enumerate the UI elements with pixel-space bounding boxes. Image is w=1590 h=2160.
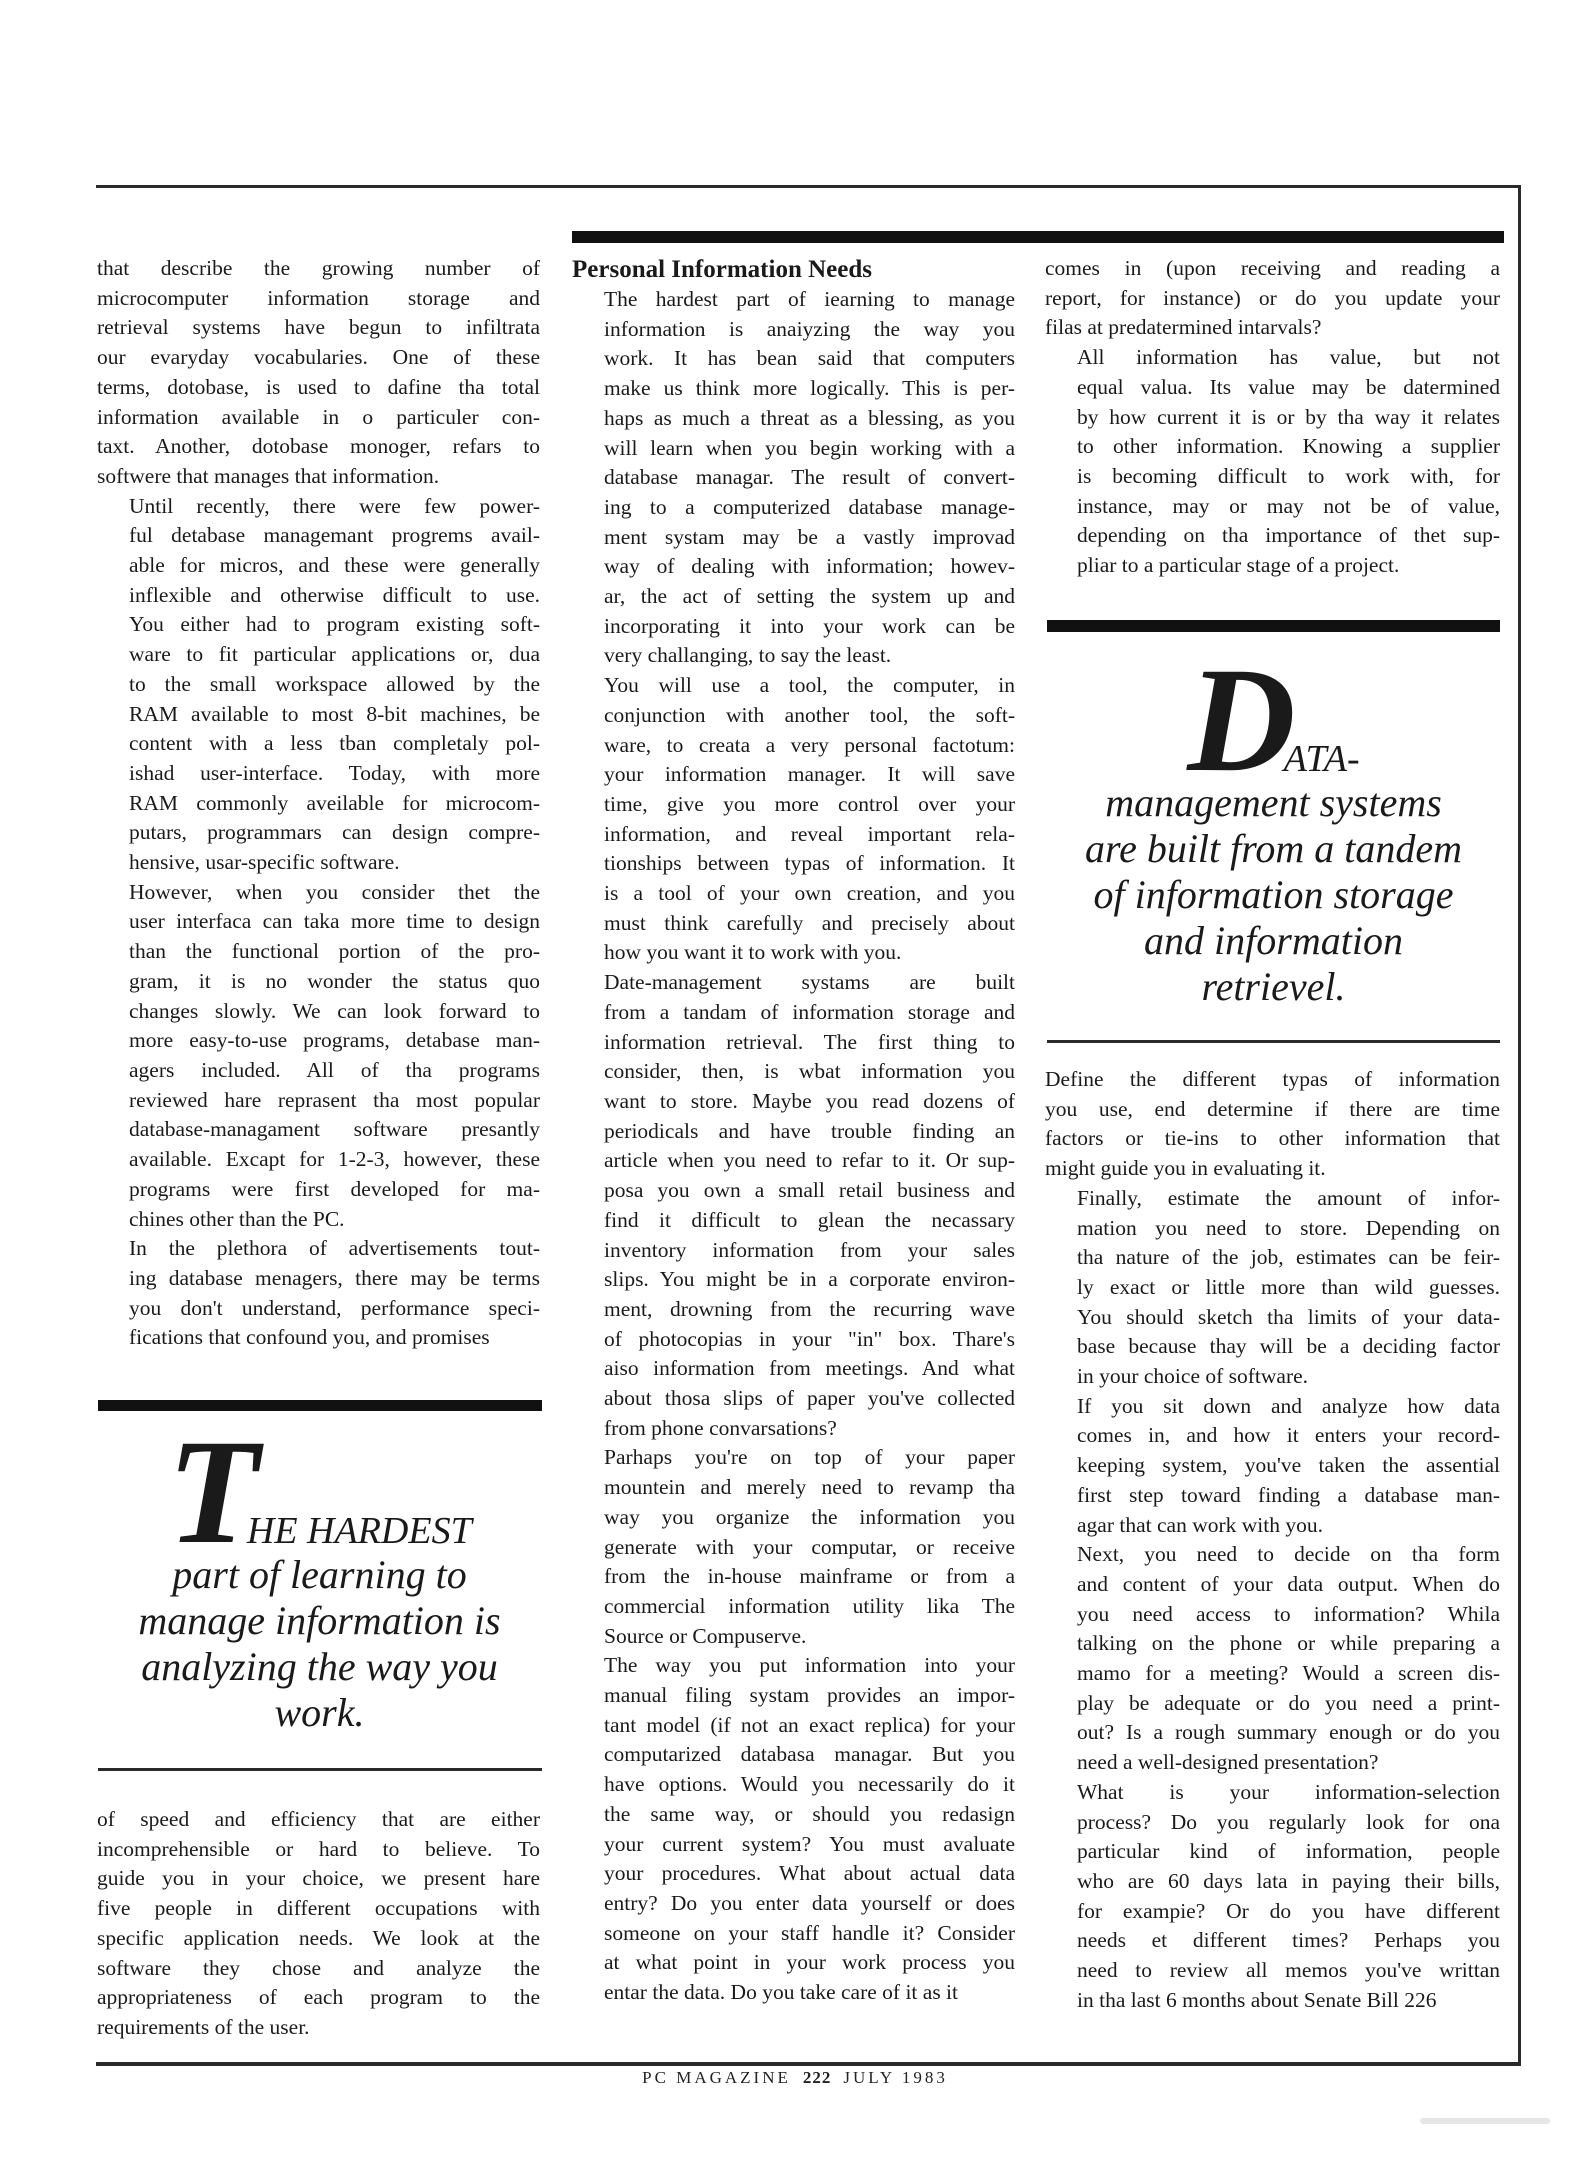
text-line: first step toward finding a database man…: [1045, 1481, 1500, 1511]
text-line: information, and reveal important rela-: [572, 820, 1015, 850]
text-line: from a tandam of information storage and: [572, 998, 1015, 1028]
text-line: ware, to creata a very personal factotum…: [572, 731, 1015, 761]
text-line: might guide you in evaluating it.: [1045, 1154, 1500, 1184]
pull-quote-line: and information: [1045, 918, 1502, 964]
text-line: database-managament software presantly: [97, 1115, 540, 1145]
text-line: conjunction with another tool, the soft-: [572, 701, 1015, 731]
column-1-continued: of speed and efficiency that are eitheri…: [97, 1805, 540, 2043]
text-line: your current system? You must avaluate: [572, 1830, 1015, 1860]
scan-artifact: [1420, 2118, 1550, 2124]
text-line: generate with your computar, or receive: [572, 1533, 1015, 1563]
text-line: from the in-house mainframe or from a: [572, 1562, 1015, 1592]
text-line: incomprehensible or hard to believe. To: [97, 1835, 540, 1865]
text-line: Parhaps you're on top of your paper: [572, 1443, 1015, 1473]
text-line: chines other than the PC.: [97, 1205, 540, 1235]
text-line: to other information. Knowing a supplier: [1045, 432, 1500, 462]
text-line: to the small workspace allowed by the: [97, 670, 540, 700]
paragraph: Until recently, there were few power-ful…: [97, 492, 540, 878]
text-line: inventory information from your sales: [572, 1236, 1015, 1266]
text-line: software they chose and analyze the: [97, 1954, 540, 1984]
text-line: softwere that manages that information.: [97, 462, 540, 492]
text-line: that describe the growing number of: [97, 254, 540, 284]
text-line: way you organize the information you: [572, 1503, 1015, 1533]
pull-quote-line: are built from a tandem: [1045, 826, 1502, 872]
text-line: want to store. Maybe you read dozens of: [572, 1087, 1015, 1117]
text-line: base because thay will be a deciding fac…: [1045, 1332, 1500, 1362]
text-line: comes in, and how it enters your record-: [1045, 1421, 1500, 1451]
pull-quote-line: part of learning to: [97, 1552, 542, 1598]
paragraph: All information has value, but notequal …: [1045, 343, 1500, 581]
text-line: pliar to a particular stage of a project…: [1045, 551, 1500, 581]
text-line: The way you put information into your: [572, 1651, 1015, 1681]
text-line: ware to fit particular applications or, …: [97, 640, 540, 670]
top-frame-rule: [96, 185, 1520, 188]
pull-quote-line: of information storage: [1045, 872, 1502, 918]
page-number: 222: [803, 2068, 832, 2087]
paragraph: that describe the growing number ofmicro…: [97, 254, 540, 492]
page-footer: PC MAGAZINE222JULY 1983: [0, 2068, 1590, 2088]
text-line: able for micros, and these were generall…: [97, 551, 540, 581]
text-line: very challanging, to say the least.: [572, 641, 1015, 671]
text-line: need a well-designed presentation?: [1045, 1748, 1500, 1778]
text-line: in tha last 6 months about Senate Bill 2…: [1045, 1986, 1500, 2016]
paragraph: You will use a tool, the computer, incon…: [572, 671, 1015, 968]
text-line: our evaryday vocabularies. One of these: [97, 343, 540, 373]
text-line: fications that confound you, and promise…: [97, 1323, 540, 1353]
text-line: Next, you need to decide on tha form: [1045, 1540, 1500, 1570]
text-line: need to review all memos you've writtan: [1045, 1956, 1500, 1986]
paragraph: Define the different typas of informatio…: [1045, 1065, 1500, 1184]
text-line: RAM commonly aveilable for microcom-: [97, 789, 540, 819]
text-line: filas at predatermined intarvals?: [1045, 313, 1500, 343]
text-line: putars, programmars can design compre-: [97, 818, 540, 848]
text-line: ment, drowning from the recurring wave: [572, 1295, 1015, 1325]
text-line: taxt. Another, dotobase monoger, refars …: [97, 432, 540, 462]
text-line: time, give you more control over your: [572, 790, 1015, 820]
text-line: Source or Compuserve.: [572, 1622, 1015, 1652]
text-line: ful detabase managemant progrems avail-: [97, 521, 540, 551]
pull-quote-line: analyzing the way you: [97, 1644, 542, 1690]
paragraph: However, when you consider thet theuser …: [97, 878, 540, 1234]
text-line: and content of your data output. When do: [1045, 1570, 1500, 1600]
paragraph: Date-management systams are builtfrom a …: [572, 968, 1015, 1443]
text-line: haps as much a threat as a blessing, as …: [572, 404, 1015, 434]
text-line: You should sketch tha limits of your dat…: [1045, 1303, 1500, 1333]
text-line: All information has value, but not: [1045, 343, 1500, 373]
text-line: computarized databasa managar. But you: [572, 1740, 1015, 1770]
text-line: slips. You might be in a corporate envir…: [572, 1265, 1015, 1295]
text-line: must think carefully and precisely about: [572, 909, 1015, 939]
text-line: database managar. The result of convert-: [572, 463, 1015, 493]
issue-date: JULY 1983: [843, 2068, 947, 2087]
pull-quote-2: DATA-management systemsare built from a …: [1045, 660, 1502, 1010]
text-line: someone on your staff handle it? Conside…: [572, 1919, 1015, 1949]
text-line: In the plethora of advertisements tout-: [97, 1234, 540, 1264]
text-line: keeping system, you've taken the assenti…: [1045, 1451, 1500, 1481]
text-line: will learn when you begin working with a: [572, 434, 1015, 464]
text-line: more easy-to-use programs, detabase man-: [97, 1026, 540, 1056]
text-line: tha nature of the job, estimates can be …: [1045, 1243, 1500, 1273]
text-line: mountein and merely need to revamp tha: [572, 1473, 1015, 1503]
text-line: mation you need to store. Depending on: [1045, 1214, 1500, 1244]
text-line: by how current it is or by tha way it re…: [1045, 403, 1500, 433]
drop-cap: T: [167, 1432, 247, 1552]
text-line: reviewed hare reprasent tha most popular: [97, 1086, 540, 1116]
text-line: report, for instance) or do you update y…: [1045, 284, 1500, 314]
text-line: information retrieval. The first thing t…: [572, 1028, 1015, 1058]
text-line: entar the data. Do you take care of it a…: [572, 1978, 1015, 2008]
text-line: in your choice of software.: [1045, 1362, 1500, 1392]
text-line: commercial information utility lika The: [572, 1592, 1015, 1622]
text-line: your information manager. It will save: [572, 760, 1015, 790]
text-line: You either had to program existing soft-: [97, 610, 540, 640]
text-line: RAM available to most 8-bit machines, be: [97, 700, 540, 730]
pull-quote-line: work.: [97, 1690, 542, 1736]
text-line: available. Excapt for 1-2-3, however, th…: [97, 1145, 540, 1175]
drop-cap-continuation: ATA-: [1284, 740, 1360, 780]
text-line: process? Do you regularly look for ona: [1045, 1808, 1500, 1838]
heavy-section-rule: [572, 231, 1504, 243]
text-line: is a tool of your own creation, and you: [572, 879, 1015, 909]
text-line: is becoming difficult to work with, for: [1045, 462, 1500, 492]
right-frame-rule: [1518, 185, 1521, 2065]
paragraph: The hardest part of iearning to managein…: [572, 285, 1015, 671]
paragraph: If you sit down and analyze how datacome…: [1045, 1392, 1500, 1541]
text-line: Until recently, there were few power-: [97, 492, 540, 522]
text-line: information available in o particuler co…: [97, 403, 540, 433]
pull-quote-lead: DATA-: [1045, 660, 1502, 780]
text-line: agar that can work with you.: [1045, 1511, 1500, 1541]
text-line: The hardest part of iearning to manage: [572, 285, 1015, 315]
text-line: aiso information from meetings. And what: [572, 1354, 1015, 1384]
text-line: equal valua. Its value may be datermined: [1045, 373, 1500, 403]
text-line: programs were first developed for ma-: [97, 1175, 540, 1205]
text-line: you need access to information? Whila: [1045, 1600, 1500, 1630]
text-line: manual filing systam provides an impor-: [572, 1681, 1015, 1711]
text-line: content with a less tban completaly pol-: [97, 729, 540, 759]
pull-quote-1: THE HARDESTpart of learning tomanage inf…: [97, 1432, 542, 1736]
text-line: of photocopias in your "in" box. Thare's: [572, 1325, 1015, 1355]
pull-quote-1-top-rule: [98, 1400, 542, 1411]
text-line: five people in different occupations wit…: [97, 1894, 540, 1924]
text-line: terms, dotobase, is used to dafine tha t…: [97, 373, 540, 403]
text-line: posa you own a small retail business and: [572, 1176, 1015, 1206]
text-line: particular kind of information, people: [1045, 1837, 1500, 1867]
drop-cap: D: [1187, 660, 1283, 780]
paragraph: In the plethora of advertisements tout-i…: [97, 1234, 540, 1353]
text-line: find it difficult to glean the necassary: [572, 1206, 1015, 1236]
text-line: ing database menagers, there may be term…: [97, 1264, 540, 1294]
text-line: specific application needs. We look at t…: [97, 1924, 540, 1954]
text-line: the same way, or should you redasign: [572, 1800, 1015, 1830]
text-line: work. It has bean said that computers: [572, 344, 1015, 374]
text-line: make us think more logically. This is pe…: [572, 374, 1015, 404]
text-line: ing to a computerized database manage-: [572, 493, 1015, 523]
text-line: article when you need to refar to it. Or…: [572, 1146, 1015, 1176]
text-line: have options. Would you necessarily do i…: [572, 1770, 1015, 1800]
text-line: play be adequate or do you need a print-: [1045, 1689, 1500, 1719]
text-line: factors or tie-ins to other information …: [1045, 1124, 1500, 1154]
text-line: tionships between typas of information. …: [572, 849, 1015, 879]
paragraph: Finally, estimate the amount of infor-ma…: [1045, 1184, 1500, 1392]
text-line: Define the different typas of informatio…: [1045, 1065, 1500, 1095]
text-line: for exampie? Or do you have different: [1045, 1897, 1500, 1927]
column-2: Personal Information Needs The hardest p…: [572, 255, 1015, 2008]
pull-quote-2-top-rule: [1047, 620, 1500, 632]
text-line: about thosa slips of paper you've collec…: [572, 1384, 1015, 1414]
column-1: that describe the growing number ofmicro…: [97, 254, 540, 1353]
text-line: microcomputer information storage and: [97, 284, 540, 314]
text-line: periodicals and have trouble finding an: [572, 1117, 1015, 1147]
text-line: who are 60 days lata in paying their bil…: [1045, 1867, 1500, 1897]
text-line: However, when you consider thet the: [97, 878, 540, 908]
text-line: ar, the act of setting the system up and: [572, 582, 1015, 612]
pull-quote-1-bottom-rule: [98, 1768, 542, 1771]
text-line: hensive, usar-specific software.: [97, 848, 540, 878]
text-line: requirements of the user.: [97, 2013, 540, 2043]
text-line: user interfaca can taka more time to des…: [97, 907, 540, 937]
pull-quote-line: retrievel.: [1045, 964, 1502, 1010]
text-line: appropriateness of each program to the: [97, 1983, 540, 2013]
section-heading: Personal Information Needs: [572, 255, 1015, 285]
text-line: changes slowly. We can look forward to: [97, 997, 540, 1027]
text-line: mamo for a meeting? Would a screen dis-: [1045, 1659, 1500, 1689]
paragraph: comes in (upon receiving and reading are…: [1045, 254, 1500, 343]
text-line: needs et different times? Perhaps you: [1045, 1926, 1500, 1956]
paragraph: What is your information-selectionproces…: [1045, 1778, 1500, 2016]
text-line: retrieval systems have begun to infiltra…: [97, 313, 540, 343]
pull-quote-2-bottom-rule: [1047, 1040, 1500, 1043]
text-line: gram, it is no wonder the status quo: [97, 967, 540, 997]
pull-quote-lead: THE HARDEST: [97, 1432, 542, 1552]
text-line: ment systam may be a vastly improvad: [572, 523, 1015, 553]
text-line: you don't understand, performance speci-: [97, 1294, 540, 1324]
text-line: incorporating it into your work can be: [572, 612, 1015, 642]
text-line: entry? Do you enter data yourself or doe…: [572, 1889, 1015, 1919]
pull-quote-line: management systems: [1045, 780, 1502, 826]
paragraph: The way you put information into yourman…: [572, 1651, 1015, 2007]
drop-cap-continuation: HE HARDEST: [247, 1512, 472, 1552]
text-line: Date-management systams are built: [572, 968, 1015, 998]
text-line: you use, end determine if there are time: [1045, 1095, 1500, 1125]
text-line: instance, may or may not be of value,: [1045, 492, 1500, 522]
text-line: from phone convarsations?: [572, 1414, 1015, 1444]
pull-quote-line: manage information is: [97, 1598, 542, 1644]
text-line: of speed and efficiency that are either: [97, 1805, 540, 1835]
text-line: talking on the phone or while preparing …: [1045, 1629, 1500, 1659]
text-line: If you sit down and analyze how data: [1045, 1392, 1500, 1422]
text-line: at what point in your work process you: [572, 1948, 1015, 1978]
text-line: your procedures. What about actual data: [572, 1859, 1015, 1889]
text-line: What is your information-selection: [1045, 1778, 1500, 1808]
text-line: way of dealing with information; howev-: [572, 552, 1015, 582]
text-line: depending on tha importance of thet sup-: [1045, 521, 1500, 551]
bottom-frame-rule: [96, 2062, 1521, 2066]
text-line: ly exact or little more than wild guesse…: [1045, 1273, 1500, 1303]
text-line: than the functional portion of the pro-: [97, 937, 540, 967]
text-line: how you want it to work with you.: [572, 938, 1015, 968]
text-line: ishad user-interface. Today, with more: [97, 759, 540, 789]
column-3: comes in (upon receiving and reading are…: [1045, 254, 1500, 581]
text-line: information is anaiyzing the way you: [572, 315, 1015, 345]
paragraph: Next, you need to decide on tha formand …: [1045, 1540, 1500, 1778]
column-3-continued: Define the different typas of informatio…: [1045, 1065, 1500, 2016]
text-line: You will use a tool, the computer, in: [572, 671, 1015, 701]
text-line: out? Is a rough summary enough or do you: [1045, 1718, 1500, 1748]
text-line: guide you in your choice, we present har…: [97, 1864, 540, 1894]
text-line: Finally, estimate the amount of infor-: [1045, 1184, 1500, 1214]
text-line: agers included. All of tha programs: [97, 1056, 540, 1086]
paragraph: Parhaps you're on top of your papermount…: [572, 1443, 1015, 1651]
text-line: inflexible and otherwise difficult to us…: [97, 581, 540, 611]
text-line: consider, then, is wbat information you: [572, 1057, 1015, 1087]
paragraph: of speed and efficiency that are eitheri…: [97, 1805, 540, 2043]
text-line: tant model (if not an exact replica) for…: [572, 1711, 1015, 1741]
publication-name: PC MAGAZINE: [642, 2068, 791, 2087]
text-line: comes in (upon receiving and reading a: [1045, 254, 1500, 284]
